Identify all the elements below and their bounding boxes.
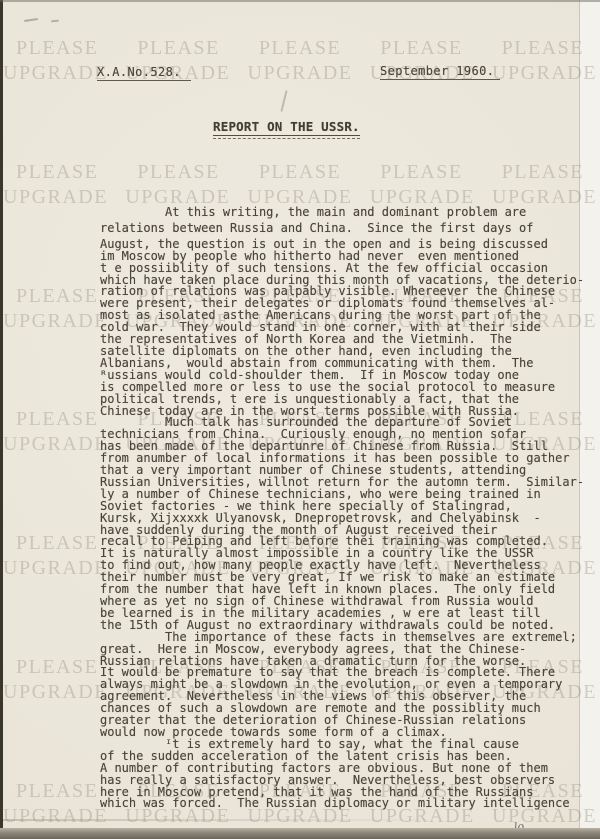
scan-edge-left <box>0 0 3 839</box>
document-date: September 1960. <box>380 64 500 80</box>
document-body: At this writing, the main and dominant p… <box>100 207 600 810</box>
report-title: REPORT ON THE USSR. <box>213 116 360 139</box>
body-paragraph: ᴵt is extremely hard to say, what the fi… <box>100 739 600 810</box>
document-page: X.A.No.528. September 1960. REPORT ON TH… <box>0 0 600 839</box>
body-paragraph: The importance of these facts in themsel… <box>100 632 600 739</box>
paper-crease <box>0 819 430 821</box>
text-line: At this writing, the main and dominant p… <box>100 207 600 219</box>
scanned-document: PLEASEPLEASEPLEASEPLEASEPLEASEUPGRADEUPG… <box>0 0 600 839</box>
text-line: relations between Russia and China. Sinc… <box>100 223 600 235</box>
text-line: which was forced. The Russian diplomacy … <box>100 798 600 810</box>
reference-number: X.A.No.528. <box>97 65 191 81</box>
scan-edge-top <box>0 0 600 2</box>
body-paragraph: At this writing, the main and dominant p… <box>100 207 600 417</box>
body-paragraph: Much talk has surrounded the departure o… <box>100 417 600 631</box>
scan-edge-bottom <box>0 828 600 839</box>
report-title-text: REPORT ON THE USSR. <box>213 119 360 136</box>
